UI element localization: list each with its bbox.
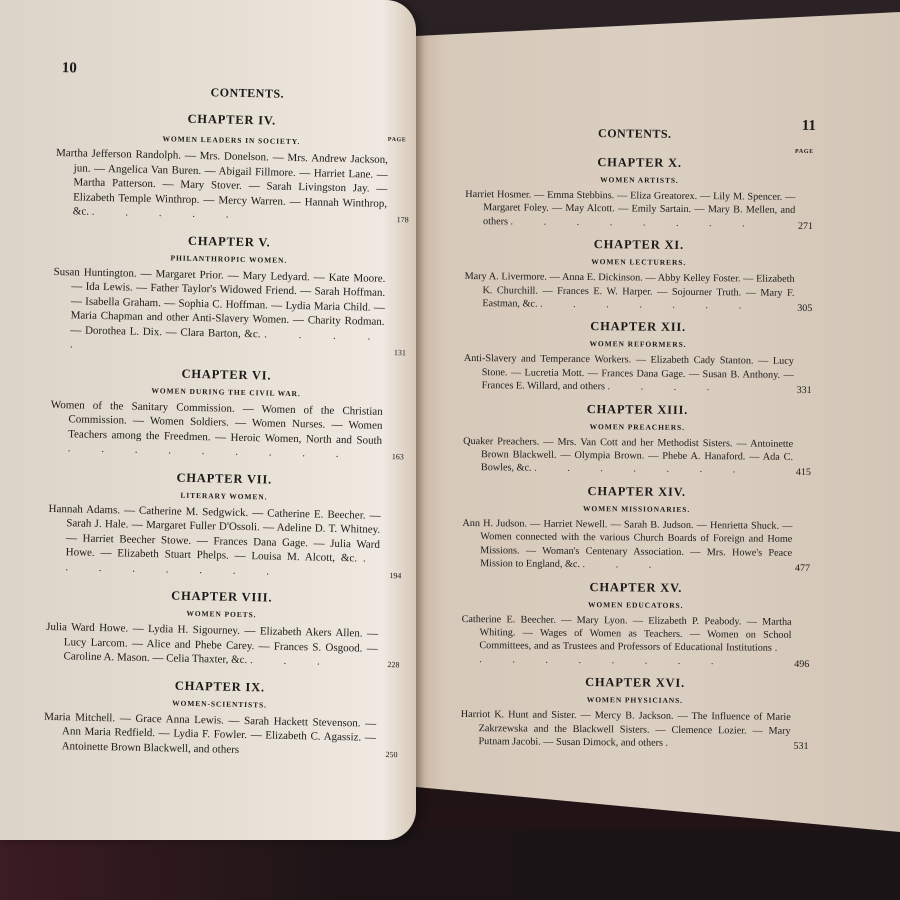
chapter-entries: Women of the Sanitary Commission. — Wome… bbox=[50, 397, 401, 462]
chapter-title: CHAPTER XI. bbox=[465, 236, 813, 254]
chapter-entry: CHAPTER IX. WOMEN-SCIENTISTS. Maria Mitc… bbox=[43, 675, 395, 760]
chapter-entries: Maria Mitchell. — Grace Anna Lewis. — Sa… bbox=[43, 709, 394, 760]
chapter-subtitle: WOMEN LECTURERS. bbox=[465, 256, 813, 268]
chapter-subtitle: PHILANTHROPIC WOMEN. bbox=[54, 250, 404, 266]
chapter-entries: Martha Jefferson Randolph. — Mrs. Donels… bbox=[55, 146, 406, 226]
dot-leader: . bbox=[666, 738, 683, 749]
chapter-entry: CHAPTER XV. WOMEN EDUCATORS. Catherine E… bbox=[461, 578, 810, 669]
dot-leader: . . . . . . . bbox=[534, 463, 749, 476]
chapter-entries: Julia Ward Howe. — Lydia H. Sigourney. —… bbox=[45, 620, 396, 671]
chapter-title: CHAPTER XV. bbox=[462, 578, 810, 596]
chapter-entries: Hannah Adams. — Catherine M. Sedgwick. —… bbox=[47, 501, 398, 581]
page-number: 11 bbox=[802, 118, 816, 135]
chapter-subtitle: WOMEN EDUCATORS. bbox=[462, 598, 810, 610]
chapter-entry: CHAPTER V. PHILANTHROPIC WOMEN. Susan Hu… bbox=[52, 230, 404, 358]
chapter-page-number: 178 bbox=[397, 213, 409, 228]
right-page-contents: 11 CONTENTS. PAGE CHAPTER X. WOMEN ARTIS… bbox=[460, 115, 814, 751]
chapter-entries: Catherine E. Beecher. — Mary Lyon. — Eli… bbox=[461, 612, 809, 669]
chapter-page-number: 250 bbox=[385, 748, 397, 763]
entry-text: Women of the Sanitary Commission. — Wome… bbox=[51, 398, 383, 446]
chapter-entry: CHAPTER X. WOMEN ARTISTS. Harriet Hosmer… bbox=[465, 154, 814, 231]
chapter-title: CHAPTER IX. bbox=[45, 675, 395, 697]
chapter-subtitle: WOMEN MISSIONARIES. bbox=[463, 503, 811, 515]
chapter-title: CHAPTER XIII. bbox=[463, 401, 811, 419]
chapter-subtitle: LITERARY WOMEN. bbox=[49, 487, 399, 503]
chapter-entry: CHAPTER VI. WOMEN DURING THE CIVIL WAR. … bbox=[50, 363, 402, 462]
table-surface bbox=[0, 830, 900, 900]
dot-leader: . . . . . . . . bbox=[510, 216, 758, 229]
chapter-page-number: 131 bbox=[394, 346, 406, 361]
chapter-entries: Mary A. Livermore. — Anna E. Dickinson. … bbox=[464, 270, 812, 313]
entry-text: Catherine E. Beecher. — Mary Lyon. — Eli… bbox=[462, 613, 792, 654]
chapter-page-number: 331 bbox=[797, 384, 812, 398]
chapter-subtitle: WOMEN PHYSICIANS. bbox=[461, 694, 809, 706]
chapter-entry: CHAPTER VIII. WOMEN POETS. Julia Ward Ho… bbox=[45, 586, 397, 671]
chapter-subtitle: WOMEN REFORMERS. bbox=[464, 338, 812, 350]
chapter-entry: CHAPTER IV. PAGE WOMEN LEADERS IN SOCIET… bbox=[55, 109, 407, 226]
chapter-page-number: 228 bbox=[387, 658, 399, 673]
running-head: CONTENTS. bbox=[466, 125, 804, 143]
chapter-title: CHAPTER V. bbox=[54, 230, 404, 252]
running-head: CONTENTS. bbox=[87, 83, 407, 105]
chapter-subtitle: WOMEN POETS. bbox=[46, 606, 396, 622]
chapter-page-number: 496 bbox=[794, 658, 809, 672]
chapter-title: CHAPTER VII. bbox=[49, 467, 399, 489]
chapter-page-number: 163 bbox=[392, 450, 404, 465]
chapter-entries: Harriet Hosmer. — Emma Stebbins. — Eliza… bbox=[465, 188, 813, 231]
chapter-entries: Anti-Slavery and Temperance Workers. — E… bbox=[464, 352, 812, 395]
chapter-page-number: 271 bbox=[798, 220, 813, 234]
chapter-entry: CHAPTER XI. WOMEN LECTURERS. Mary A. Liv… bbox=[464, 236, 813, 313]
chapter-subtitle: WOMEN ARTISTS. bbox=[465, 174, 813, 186]
page-number: 10 bbox=[62, 60, 77, 77]
chapter-subtitle: WOMEN-SCIENTISTS. bbox=[45, 695, 395, 711]
chapter-page-number: 531 bbox=[793, 740, 808, 754]
chapter-page-number: 477 bbox=[795, 562, 810, 576]
chapter-title: CHAPTER VIII. bbox=[47, 586, 397, 608]
dot-leader: . . . . . bbox=[92, 206, 243, 221]
chapter-subtitle: WOMEN DURING THE CIVIL WAR. bbox=[51, 383, 401, 399]
chapter-entry: CHAPTER VII. LITERARY WOMEN. Hannah Adam… bbox=[47, 467, 399, 581]
chapter-page-number: 305 bbox=[797, 302, 812, 316]
chapter-entries: Harriot K. Hunt and Sister. — Mercy B. J… bbox=[460, 708, 808, 751]
chapter-page-number: 415 bbox=[796, 466, 811, 480]
chapter-title: CHAPTER X. bbox=[466, 154, 814, 172]
chapter-entries: Quaker Preachers. — Mrs. Van Cott and he… bbox=[463, 435, 811, 478]
dot-leader: . . . bbox=[250, 654, 334, 668]
chapter-title: CHAPTER XIV. bbox=[463, 483, 811, 501]
dot-leader: . . . bbox=[582, 559, 665, 571]
left-page-contents: 10 CONTENTS. CHAPTER IV. PAGE WOMEN LEAD… bbox=[43, 60, 407, 760]
chapter-title: CHAPTER VI. bbox=[51, 363, 401, 385]
chapter-entries: Susan Huntington. — Margaret Prior. — Ma… bbox=[52, 264, 404, 358]
chapter-title: CHAPTER IV. bbox=[57, 109, 407, 131]
entry-text: Hannah Adams. — Catherine M. Sedgwick. —… bbox=[48, 502, 380, 564]
chapter-title: CHAPTER XVI. bbox=[461, 674, 809, 692]
chapter-page-number: 194 bbox=[389, 569, 401, 584]
entry-text: Harriot K. Hunt and Sister. — Mercy B. J… bbox=[461, 709, 791, 749]
dot-leader: . . . . . . . bbox=[540, 299, 755, 312]
chapter-entry: CHAPTER XII. WOMEN REFORMERS. Anti-Slave… bbox=[464, 318, 813, 395]
entry-text: Maria Mitchell. — Grace Anna Lewis. — Sa… bbox=[44, 710, 376, 755]
chapter-entry: CHAPTER XIII. WOMEN PREACHERS. Quaker Pr… bbox=[463, 401, 812, 478]
chapter-title: CHAPTER XII. bbox=[464, 318, 812, 336]
dot-leader: . . . . bbox=[607, 381, 723, 393]
chapter-entry: CHAPTER XVI. WOMEN PHYSICIANS. Harriot K… bbox=[460, 674, 809, 751]
chapter-subtitle: WOMEN PREACHERS. bbox=[463, 421, 811, 433]
chapter-entry: CHAPTER XIV. WOMEN MISSIONARIES. Ann H. … bbox=[462, 483, 811, 574]
chapter-entries: Ann H. Judson. — Harriet Newell. — Sarah… bbox=[462, 517, 810, 574]
